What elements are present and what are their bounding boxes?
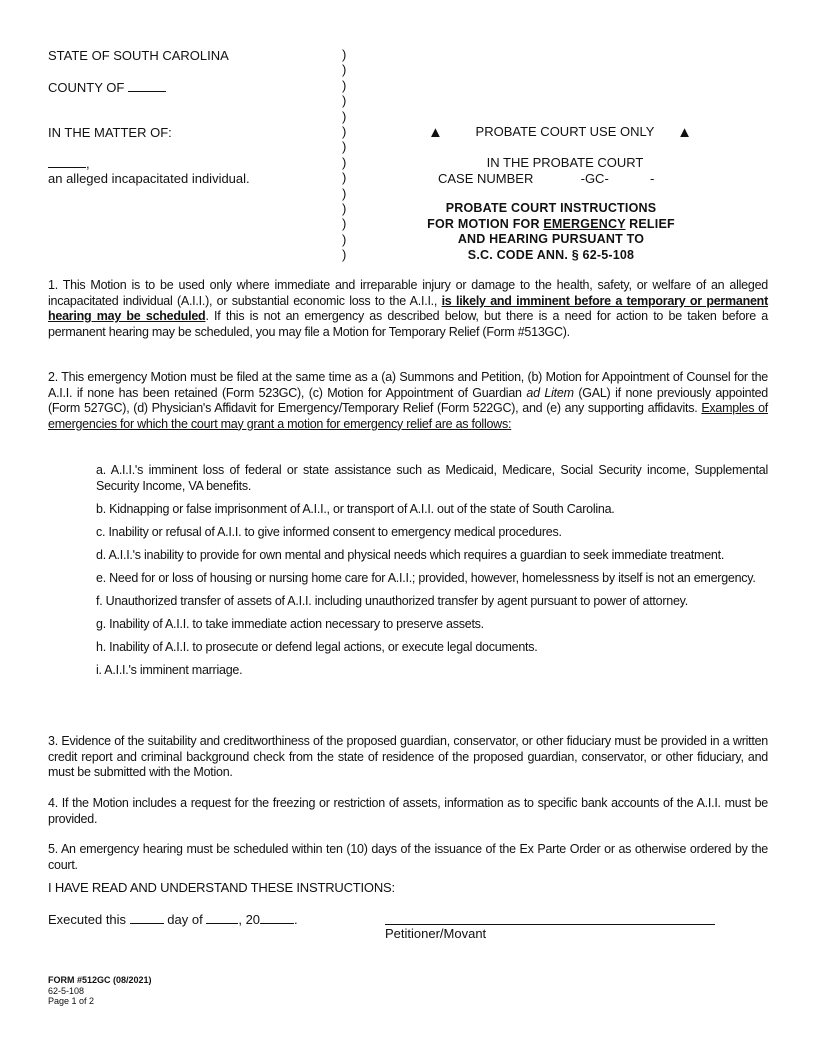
list-item: a. A.I.I.'s imminent loss of federal or … xyxy=(96,463,768,494)
year-prefix: , 20 xyxy=(238,912,260,927)
day-blank-field[interactable] xyxy=(130,911,164,924)
statute-reference: 62-5-108 xyxy=(48,986,152,997)
list-item: h. Inability of A.I.I. to prosecute or d… xyxy=(96,640,768,656)
signature-line[interactable] xyxy=(385,924,715,925)
list-item: f. Unauthorized transfer of assets of A.… xyxy=(96,594,768,610)
individual-name-line: , xyxy=(48,155,90,172)
list-item: c. Inability or refusal of A.I.I. to giv… xyxy=(96,525,768,541)
court-use-only-header: ▲ PROBATE COURT USE ONLY ▲ xyxy=(420,124,710,139)
form-id: FORM #512GC (08/2021) xyxy=(48,975,152,986)
list-item: d. A.I.I.'s inability to provide for own… xyxy=(96,548,768,564)
list-item: b. Kidnapping or false imprisonment of A… xyxy=(96,502,768,518)
form-title-line-4: S.C. CODE ANN. § 62-5-108 xyxy=(406,248,696,264)
signature-label: Petitioner/Movant xyxy=(385,926,486,942)
emergency-examples-list: a. A.I.I.'s imminent loss of federal or … xyxy=(96,463,768,686)
acknowledgement-statement: I HAVE READ AND UNDERSTAND THESE INSTRUC… xyxy=(48,880,395,896)
form-footer: FORM #512GC (08/2021) 62-5-108 Page 1 of… xyxy=(48,975,152,1007)
probate-court-line: IN THE PROBATE COURT xyxy=(420,155,710,170)
form-title-line-2: FOR MOTION FOR EMERGENCY RELIEF xyxy=(406,217,696,233)
individual-description: an alleged incapacitated individual. xyxy=(48,171,250,187)
county-caption: COUNTY OF xyxy=(48,79,166,96)
year-blank-field[interactable] xyxy=(260,911,294,924)
state-caption: STATE OF SOUTH CAROLINA xyxy=(48,48,229,64)
instruction-paragraph-2: 2. This emergency Motion must be filed a… xyxy=(48,370,768,432)
caption-bracket-column: ) ) ) ) ) ) ) ) ) ) ) ) ) ) xyxy=(342,47,346,263)
case-number-line: CASE NUMBER -GC- - xyxy=(438,171,654,187)
instruction-paragraph-5: 5. An emergency hearing must be schedule… xyxy=(48,842,768,873)
list-item: i. A.I.I.'s imminent marriage. xyxy=(96,663,768,679)
court-use-only-label: PROBATE COURT USE ONLY xyxy=(476,124,655,139)
form-title-line-3: AND HEARING PURSUANT TO xyxy=(406,232,696,248)
list-item: e. Need for or loss of housing or nursin… xyxy=(96,571,768,587)
case-number-end: - xyxy=(650,171,654,186)
day-of-label: day of xyxy=(167,912,202,927)
month-blank-field[interactable] xyxy=(206,911,238,924)
case-number-label: CASE NUMBER xyxy=(438,171,533,186)
matter-caption: IN THE MATTER OF: xyxy=(48,125,172,141)
instruction-paragraph-1: 1. This Motion is to be used only where … xyxy=(48,278,768,340)
county-label: COUNTY OF xyxy=(48,80,124,95)
emergency-emphasis: EMERGENCY xyxy=(543,217,625,231)
triangle-left-icon: ▲ xyxy=(428,124,443,141)
name-comma: , xyxy=(86,156,90,171)
page-number: Page 1 of 2 xyxy=(48,996,152,1007)
instruction-paragraph-4: 4. If the Motion includes a request for … xyxy=(48,796,768,827)
triangle-right-icon: ▲ xyxy=(677,124,692,141)
instruction-paragraph-3: 3. Evidence of the suitability and credi… xyxy=(48,734,768,781)
case-number-mid: -GC- xyxy=(581,171,609,186)
executed-label: Executed this xyxy=(48,912,126,927)
list-item: g. Inability of A.I.I. to take immediate… xyxy=(96,617,768,633)
form-title: PROBATE COURT INSTRUCTIONS FOR MOTION FO… xyxy=(406,201,696,263)
form-title-line-1: PROBATE COURT INSTRUCTIONS xyxy=(406,201,696,217)
county-blank-field[interactable] xyxy=(128,79,166,92)
execution-line: Executed this day of , 20. xyxy=(48,911,298,928)
individual-name-blank-field[interactable] xyxy=(48,155,86,168)
